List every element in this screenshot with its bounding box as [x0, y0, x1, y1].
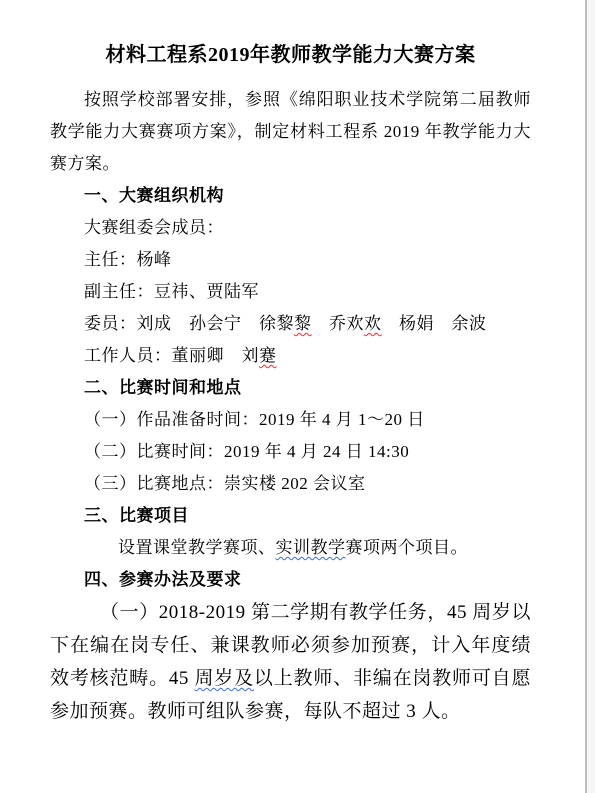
- spellcheck-red-underline: 欢: [364, 314, 382, 333]
- text-run: 大赛组委会成员：: [84, 218, 224, 237]
- spellcheck-blue-underline: 周岁及: [194, 668, 253, 689]
- text-run: 工作人员：董丽卿 刘: [84, 346, 259, 365]
- document-page: 材料工程系2019年教师教学能力大赛方案按照学校部署安排，参照《绵阳职业技术学院…: [0, 0, 587, 793]
- text-run: 委员：刘成 孙会宁 徐黎: [84, 314, 294, 333]
- document-title: 材料工程系2019年教师教学能力大赛方案: [50, 38, 531, 72]
- project-paragraph: 设置课堂教学赛项、实训教学赛项两个项目。: [50, 532, 531, 564]
- prep-time-line: （一）作品准备时间：2019 年 4 月 1～20 日: [50, 404, 531, 436]
- text-run: 按照学校部署安排，参照《绵阳职业技术学院第二届教师教学能力大赛赛项方案》，制定材…: [50, 90, 531, 173]
- section-heading-2: 二、比赛时间和地点: [50, 372, 531, 404]
- text-run: 二、比赛时间和地点: [84, 378, 242, 397]
- text-run: 副主任：豆祎、贾陆军: [84, 282, 259, 301]
- text-run: （一）作品准备时间：2019 年 4 月 1～20 日: [84, 410, 425, 429]
- section-heading-3: 三、比赛项目: [50, 500, 531, 532]
- text-run: 杨娟 余波: [382, 314, 487, 333]
- spellcheck-blue-underline: 实训教学: [276, 538, 346, 557]
- text-run: 一、大赛组织机构: [84, 186, 224, 205]
- text-run: 四、参赛办法及要求: [84, 570, 242, 589]
- text-run: 材料工程系2019年教师教学能力大赛方案: [106, 44, 476, 66]
- text-run: 主任：杨峰: [84, 250, 172, 269]
- spellcheck-red-underline: 黎: [294, 314, 312, 333]
- text-run: 赛项两个项目。: [346, 538, 469, 557]
- director-line: 主任：杨峰: [50, 244, 531, 276]
- spellcheck-red-underline: 蹇: [259, 346, 277, 365]
- section-heading-1: 一、大赛组织机构: [50, 180, 531, 212]
- section-heading-4: 四、参赛办法及要求: [50, 564, 531, 596]
- text-run: （三）比赛地点：崇实楼 202 会议室: [84, 474, 366, 493]
- text-run: 设置课堂教学赛项、: [118, 538, 276, 557]
- competition-time-line: （二）比赛时间：2019 年 4 月 24 日 14:30: [50, 436, 531, 468]
- document-body: 材料工程系2019年教师教学能力大赛方案按照学校部署安排，参照《绵阳职业技术学院…: [50, 38, 531, 728]
- competition-place-line: （三）比赛地点：崇实楼 202 会议室: [50, 468, 531, 500]
- staff-line: 工作人员：董丽卿 刘蹇: [50, 340, 531, 372]
- intro-paragraph: 按照学校部署安排，参照《绵阳职业技术学院第二届教师教学能力大赛赛项方案》，制定材…: [50, 84, 531, 180]
- deputy-director-line: 副主任：豆祎、贾陆军: [50, 276, 531, 308]
- members-line: 委员：刘成 孙会宁 徐黎黎 乔欢欢 杨娟 余波: [50, 308, 531, 340]
- text-run: 乔欢: [312, 314, 365, 333]
- rules-paragraph: （一）2018-2019 第二学期有教学任务，45 周岁以下在编在岗专任、兼课教…: [50, 596, 531, 728]
- committee-intro-line: 大赛组委会成员：: [50, 212, 531, 244]
- text-run: （二）比赛时间：2019 年 4 月 24 日 14:30: [84, 442, 409, 461]
- page-right-gutter: [589, 0, 595, 793]
- text-run: 三、比赛项目: [84, 506, 189, 525]
